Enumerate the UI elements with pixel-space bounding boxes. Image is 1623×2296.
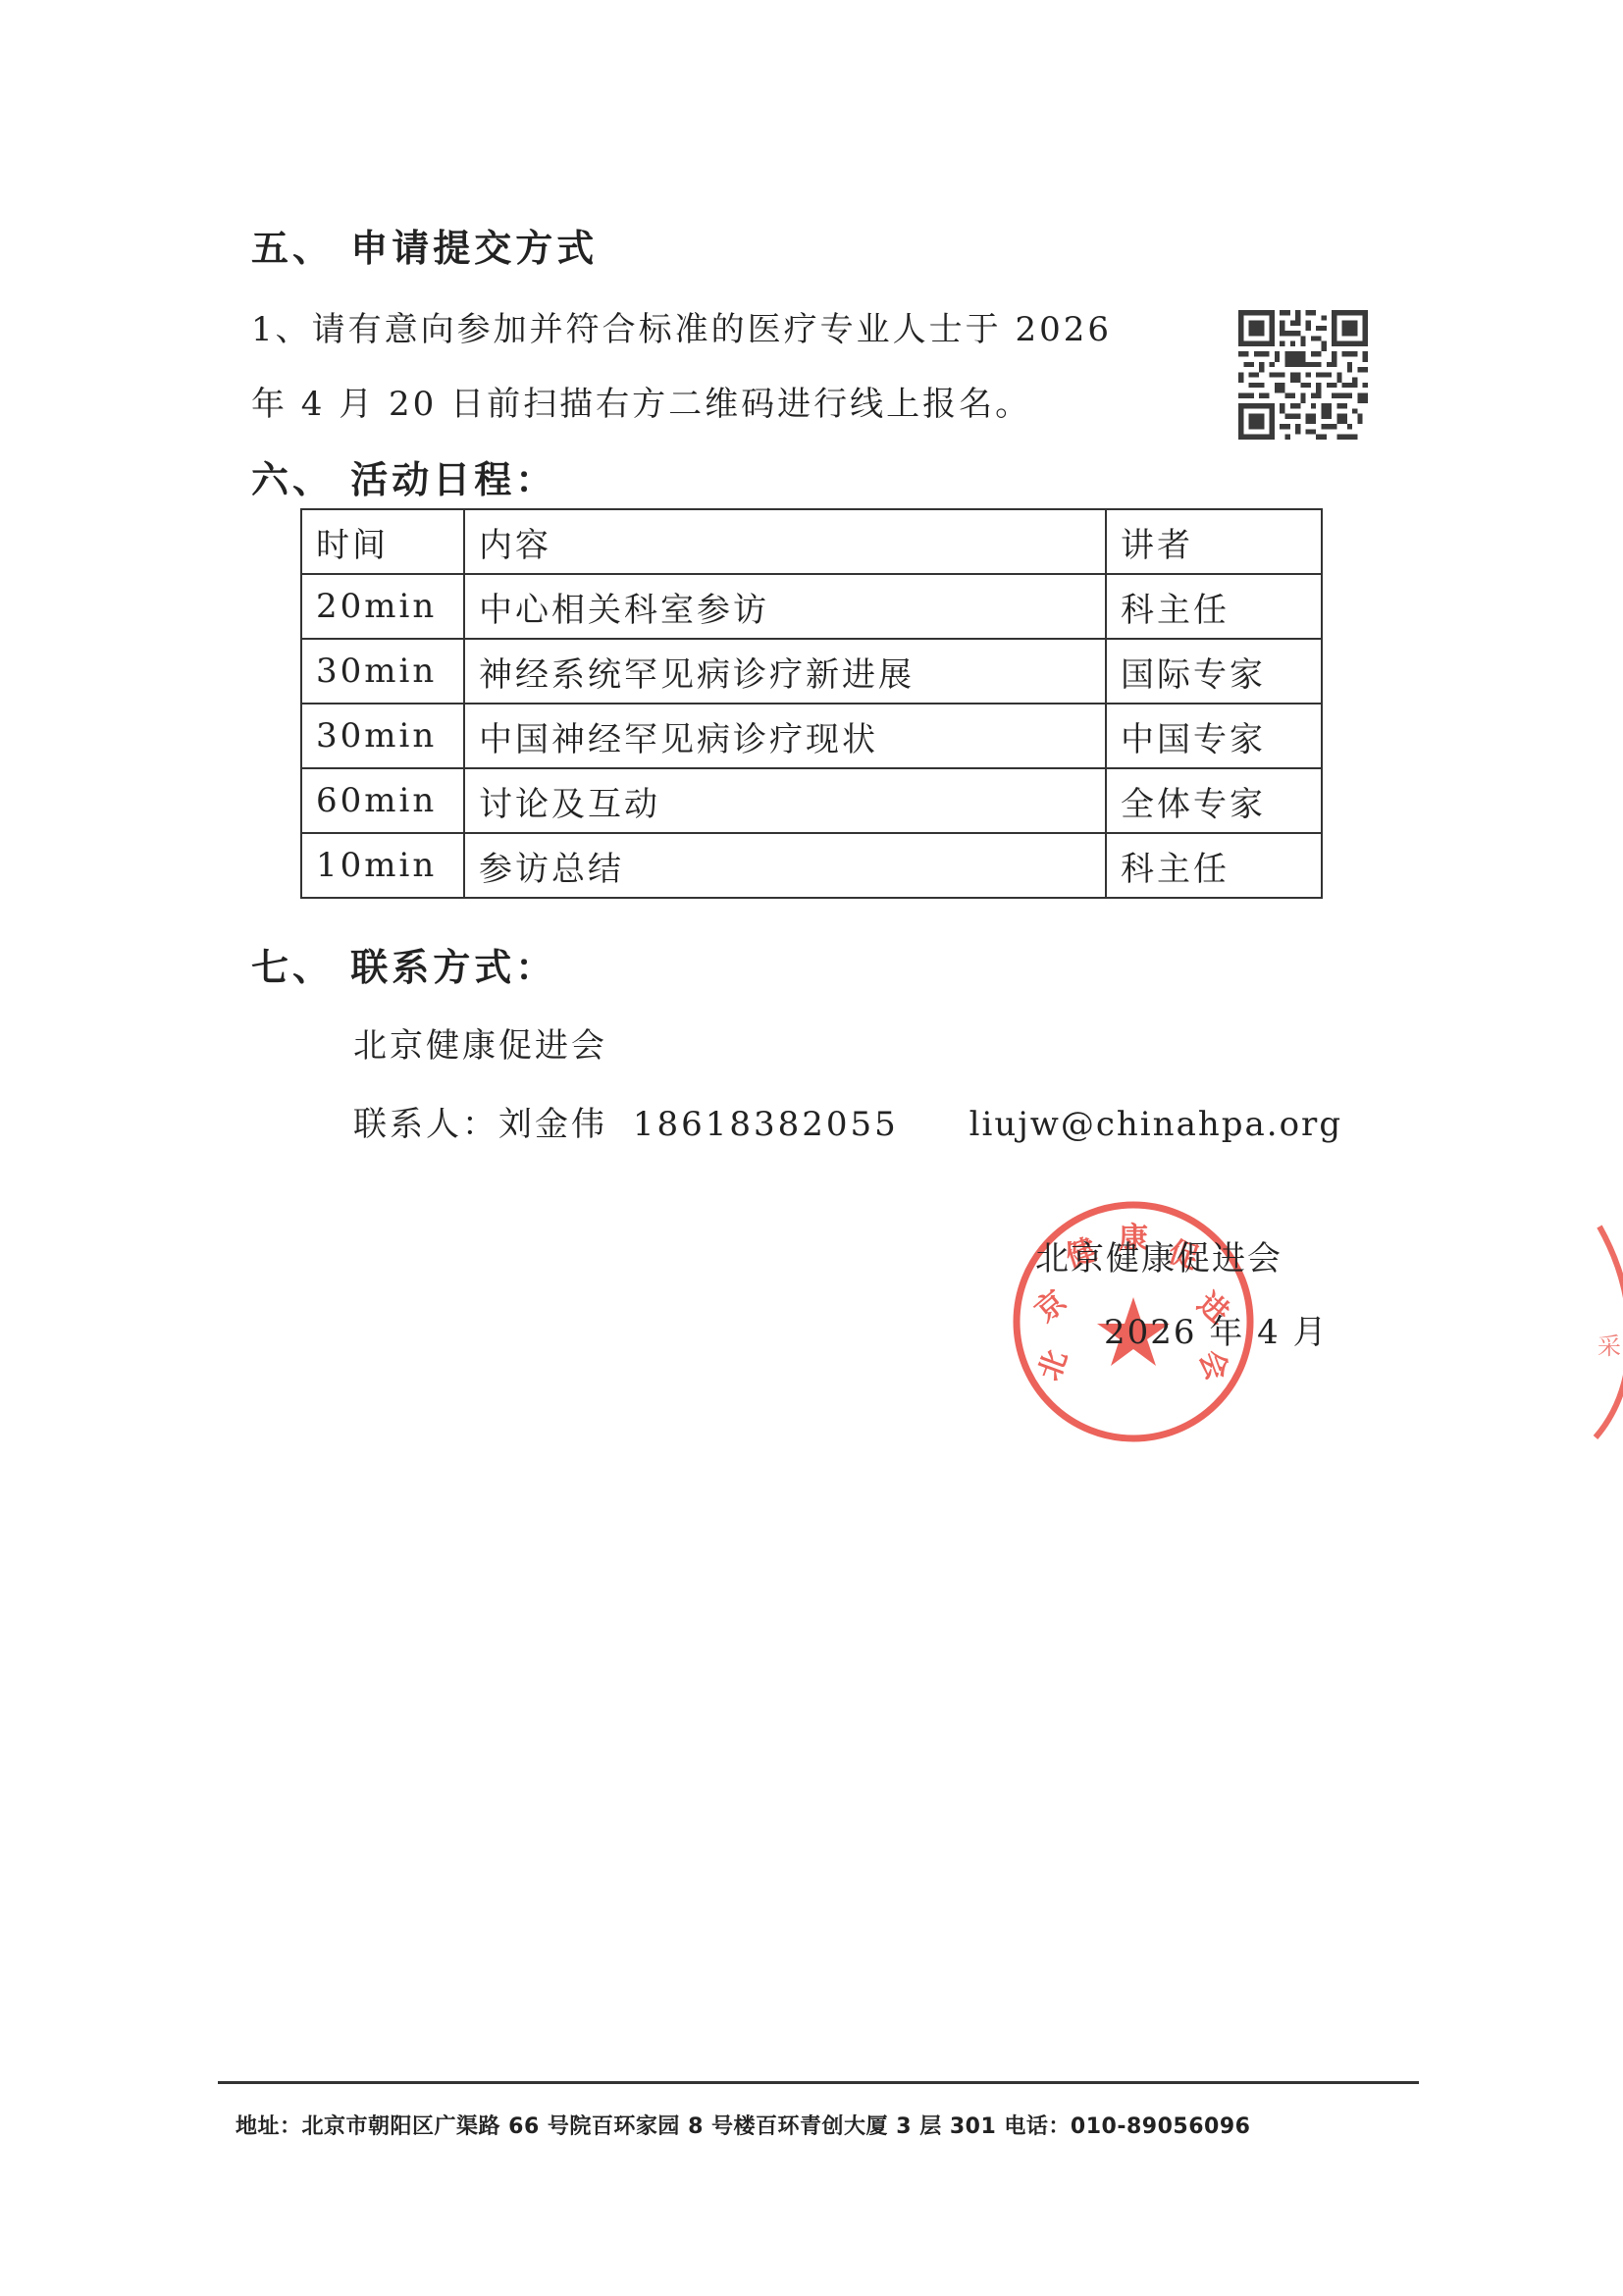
contact-person: 联系人：刘金伟 [353, 1105, 607, 1144]
contact-email-link[interactable]: liujw@chinahpa.org [969, 1105, 1343, 1144]
svg-text:北: 北 [1032, 1345, 1074, 1384]
signature-date: 2026 年 4 月 [1104, 1305, 1329, 1353]
section-heading-schedule: 六、 活动日程： [251, 449, 556, 503]
submission-text-line-2: 年 4 月 20 日前扫描右方二维码进行线上报名。 [251, 377, 1031, 425]
table-header-row: 时间 内容 讲者 [301, 509, 1322, 574]
contact-organization: 北京健康促进会 [353, 1018, 607, 1067]
contact-line: 联系人：刘金伟 18618382055 liujw@chinahpa.org [353, 1097, 1342, 1145]
cell-time: 20min [301, 574, 464, 639]
submission-text-line-1: 1、请有意向参加并符合标准的医疗专业人士于 2026 [251, 302, 1112, 350]
table-row: 20min 中心相关科室参访 科主任 [301, 574, 1322, 639]
cell-time: 10min [301, 833, 464, 898]
cell-time: 30min [301, 639, 464, 704]
contact-phone[interactable]: 18618382055 [633, 1105, 899, 1144]
table-row: 30min 中国神经罕见病诊疗现状 中国专家 [301, 704, 1322, 768]
cell-content: 中国神经罕见病诊疗现状 [464, 704, 1106, 768]
cell-time: 30min [301, 704, 464, 768]
cell-time: 60min [301, 768, 464, 833]
table-row: 60min 讨论及互动 全体专家 [301, 768, 1322, 833]
cell-speaker: 中国专家 [1106, 704, 1322, 768]
signature-organization: 北京健康促进会 [1035, 1231, 1283, 1279]
cell-content: 讨论及互动 [464, 768, 1106, 833]
table-row: 30min 神经系统罕见病诊疗新进展 国际专家 [301, 639, 1322, 704]
cell-content: 神经系统罕见病诊疗新进展 [464, 639, 1106, 704]
cell-speaker: 科主任 [1106, 833, 1322, 898]
cell-speaker: 全体专家 [1106, 768, 1322, 833]
section-heading-submission: 五、 申请提交方式 [251, 218, 598, 272]
section-heading-contact: 七、 联系方式： [251, 937, 556, 991]
svg-text:采: 采 [1597, 1332, 1621, 1360]
partial-seal-edge-icon: 采 [1570, 1217, 1623, 1452]
cell-speaker: 科主任 [1106, 574, 1322, 639]
footer-address: 地址：北京市朝阳区广渠路 66 号院百环家园 8 号楼百环青创大厦 3 层 30… [236, 2110, 1250, 2140]
cell-content: 参访总结 [464, 833, 1106, 898]
qr-code-icon[interactable] [1238, 310, 1368, 440]
footer-divider [218, 2081, 1419, 2084]
cell-speaker: 国际专家 [1106, 639, 1322, 704]
svg-text:京: 京 [1028, 1284, 1073, 1330]
cell-content: 中心相关科室参访 [464, 574, 1106, 639]
table-row: 10min 参访总结 科主任 [301, 833, 1322, 898]
header-speaker: 讲者 [1106, 509, 1322, 574]
header-content: 内容 [464, 509, 1106, 574]
header-time: 时间 [301, 509, 464, 574]
schedule-table: 时间 内容 讲者 20min 中心相关科室参访 科主任 30min 神经系统罕见… [300, 508, 1323, 899]
